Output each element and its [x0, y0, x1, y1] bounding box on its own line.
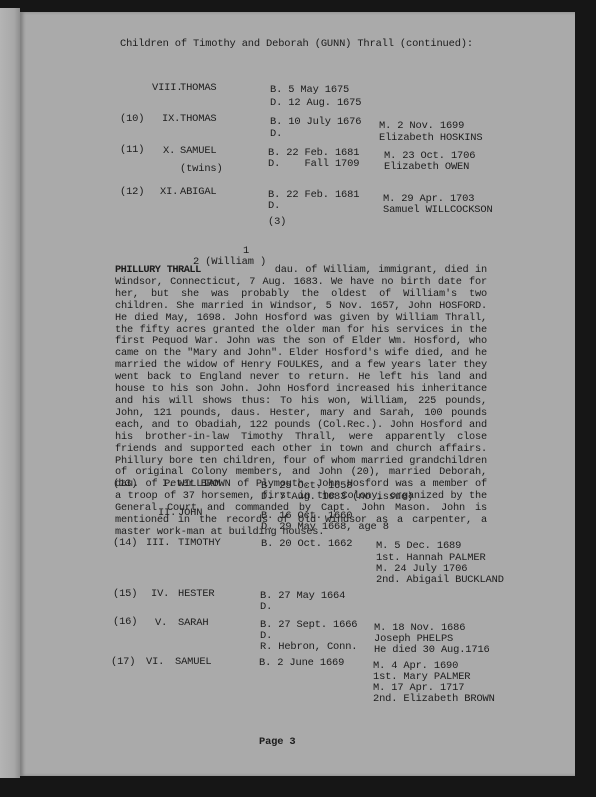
child-spouse: Samuel WILLCOCKSON	[383, 204, 493, 217]
child-numeral: I.	[162, 478, 174, 491]
child-ref: (13)	[113, 478, 137, 491]
child-line: R. Hebron, Conn.	[260, 641, 357, 654]
child-line: D. 29 May 1668, age 8	[261, 521, 389, 534]
child-died: D.	[270, 128, 282, 141]
child-name: HESTER	[178, 588, 215, 601]
biography-name: PHILLURY THRALL	[115, 264, 201, 276]
page-number: Page 3	[259, 736, 296, 749]
section-heading: Children of Timothy and Deborah (GUNN) T…	[120, 38, 473, 51]
child-ref: (15)	[113, 588, 137, 601]
child-note-twins: (twins)	[180, 163, 223, 176]
child-numeral: IX.	[162, 113, 180, 126]
child-numeral: XI.	[160, 186, 178, 199]
child-numeral: III.	[146, 537, 170, 550]
child-line: B. 2 June 1669	[259, 657, 344, 670]
child-numeral: IV.	[151, 588, 169, 601]
child-ref: (11)	[120, 144, 144, 157]
child-ref: (14)	[113, 537, 137, 550]
child-died: D.	[268, 200, 280, 213]
child-numeral: VIII.	[152, 82, 182, 95]
child-line: B. 27 Sept. 1666	[260, 619, 357, 632]
child-name: THOMAS	[180, 113, 217, 126]
child-name: JOHN	[178, 507, 202, 520]
child-name: SAMUEL	[180, 145, 217, 158]
child-marriage-line: 2nd. Abigail BUCKLAND	[376, 574, 504, 587]
section-marker: (3)	[268, 216, 286, 229]
child-spouse: Elizabeth OWEN	[384, 161, 469, 174]
child-ref: (16)	[113, 616, 137, 629]
child-marriage-line: 2nd. Elizabeth BROWN	[373, 693, 495, 706]
child-name: SAMUEL	[175, 656, 212, 669]
child-died: D. Fall 1709	[268, 158, 359, 171]
child-line: B. 27 May 1664	[260, 590, 345, 603]
child-numeral: II.	[158, 507, 176, 520]
child-died: D. 12 Aug. 1675	[270, 97, 361, 110]
child-name: WILLIAM	[178, 478, 221, 491]
child-name: TIMOTHY	[178, 537, 221, 550]
child-numeral: VI.	[146, 656, 164, 669]
child-ref: (17)	[111, 656, 135, 669]
child-ref: (10)	[120, 113, 144, 126]
child-ref: (12)	[120, 186, 144, 199]
child-line: D. 7 Aug. 1683 (no issue)	[261, 491, 413, 504]
child-numeral: X.	[163, 145, 175, 158]
child-born: B. 5 May 1675	[270, 84, 349, 97]
child-marriage-line: He died 30 Aug.1716	[374, 644, 490, 657]
child-name: ABIGAL	[180, 186, 217, 199]
child-name: SARAH	[178, 617, 208, 630]
adjacent-page-edge	[0, 8, 20, 778]
child-name: THOMAS	[180, 82, 217, 95]
child-spouse: Elizabeth HOSKINS	[379, 132, 482, 145]
child-numeral: V.	[155, 617, 167, 630]
child-line: B. 20 Oct. 1662	[261, 538, 352, 551]
child-born: B. 22 Feb. 1681	[268, 189, 359, 202]
child-line: D.	[260, 601, 272, 614]
child-born: B. 10 July 1676	[270, 116, 361, 129]
